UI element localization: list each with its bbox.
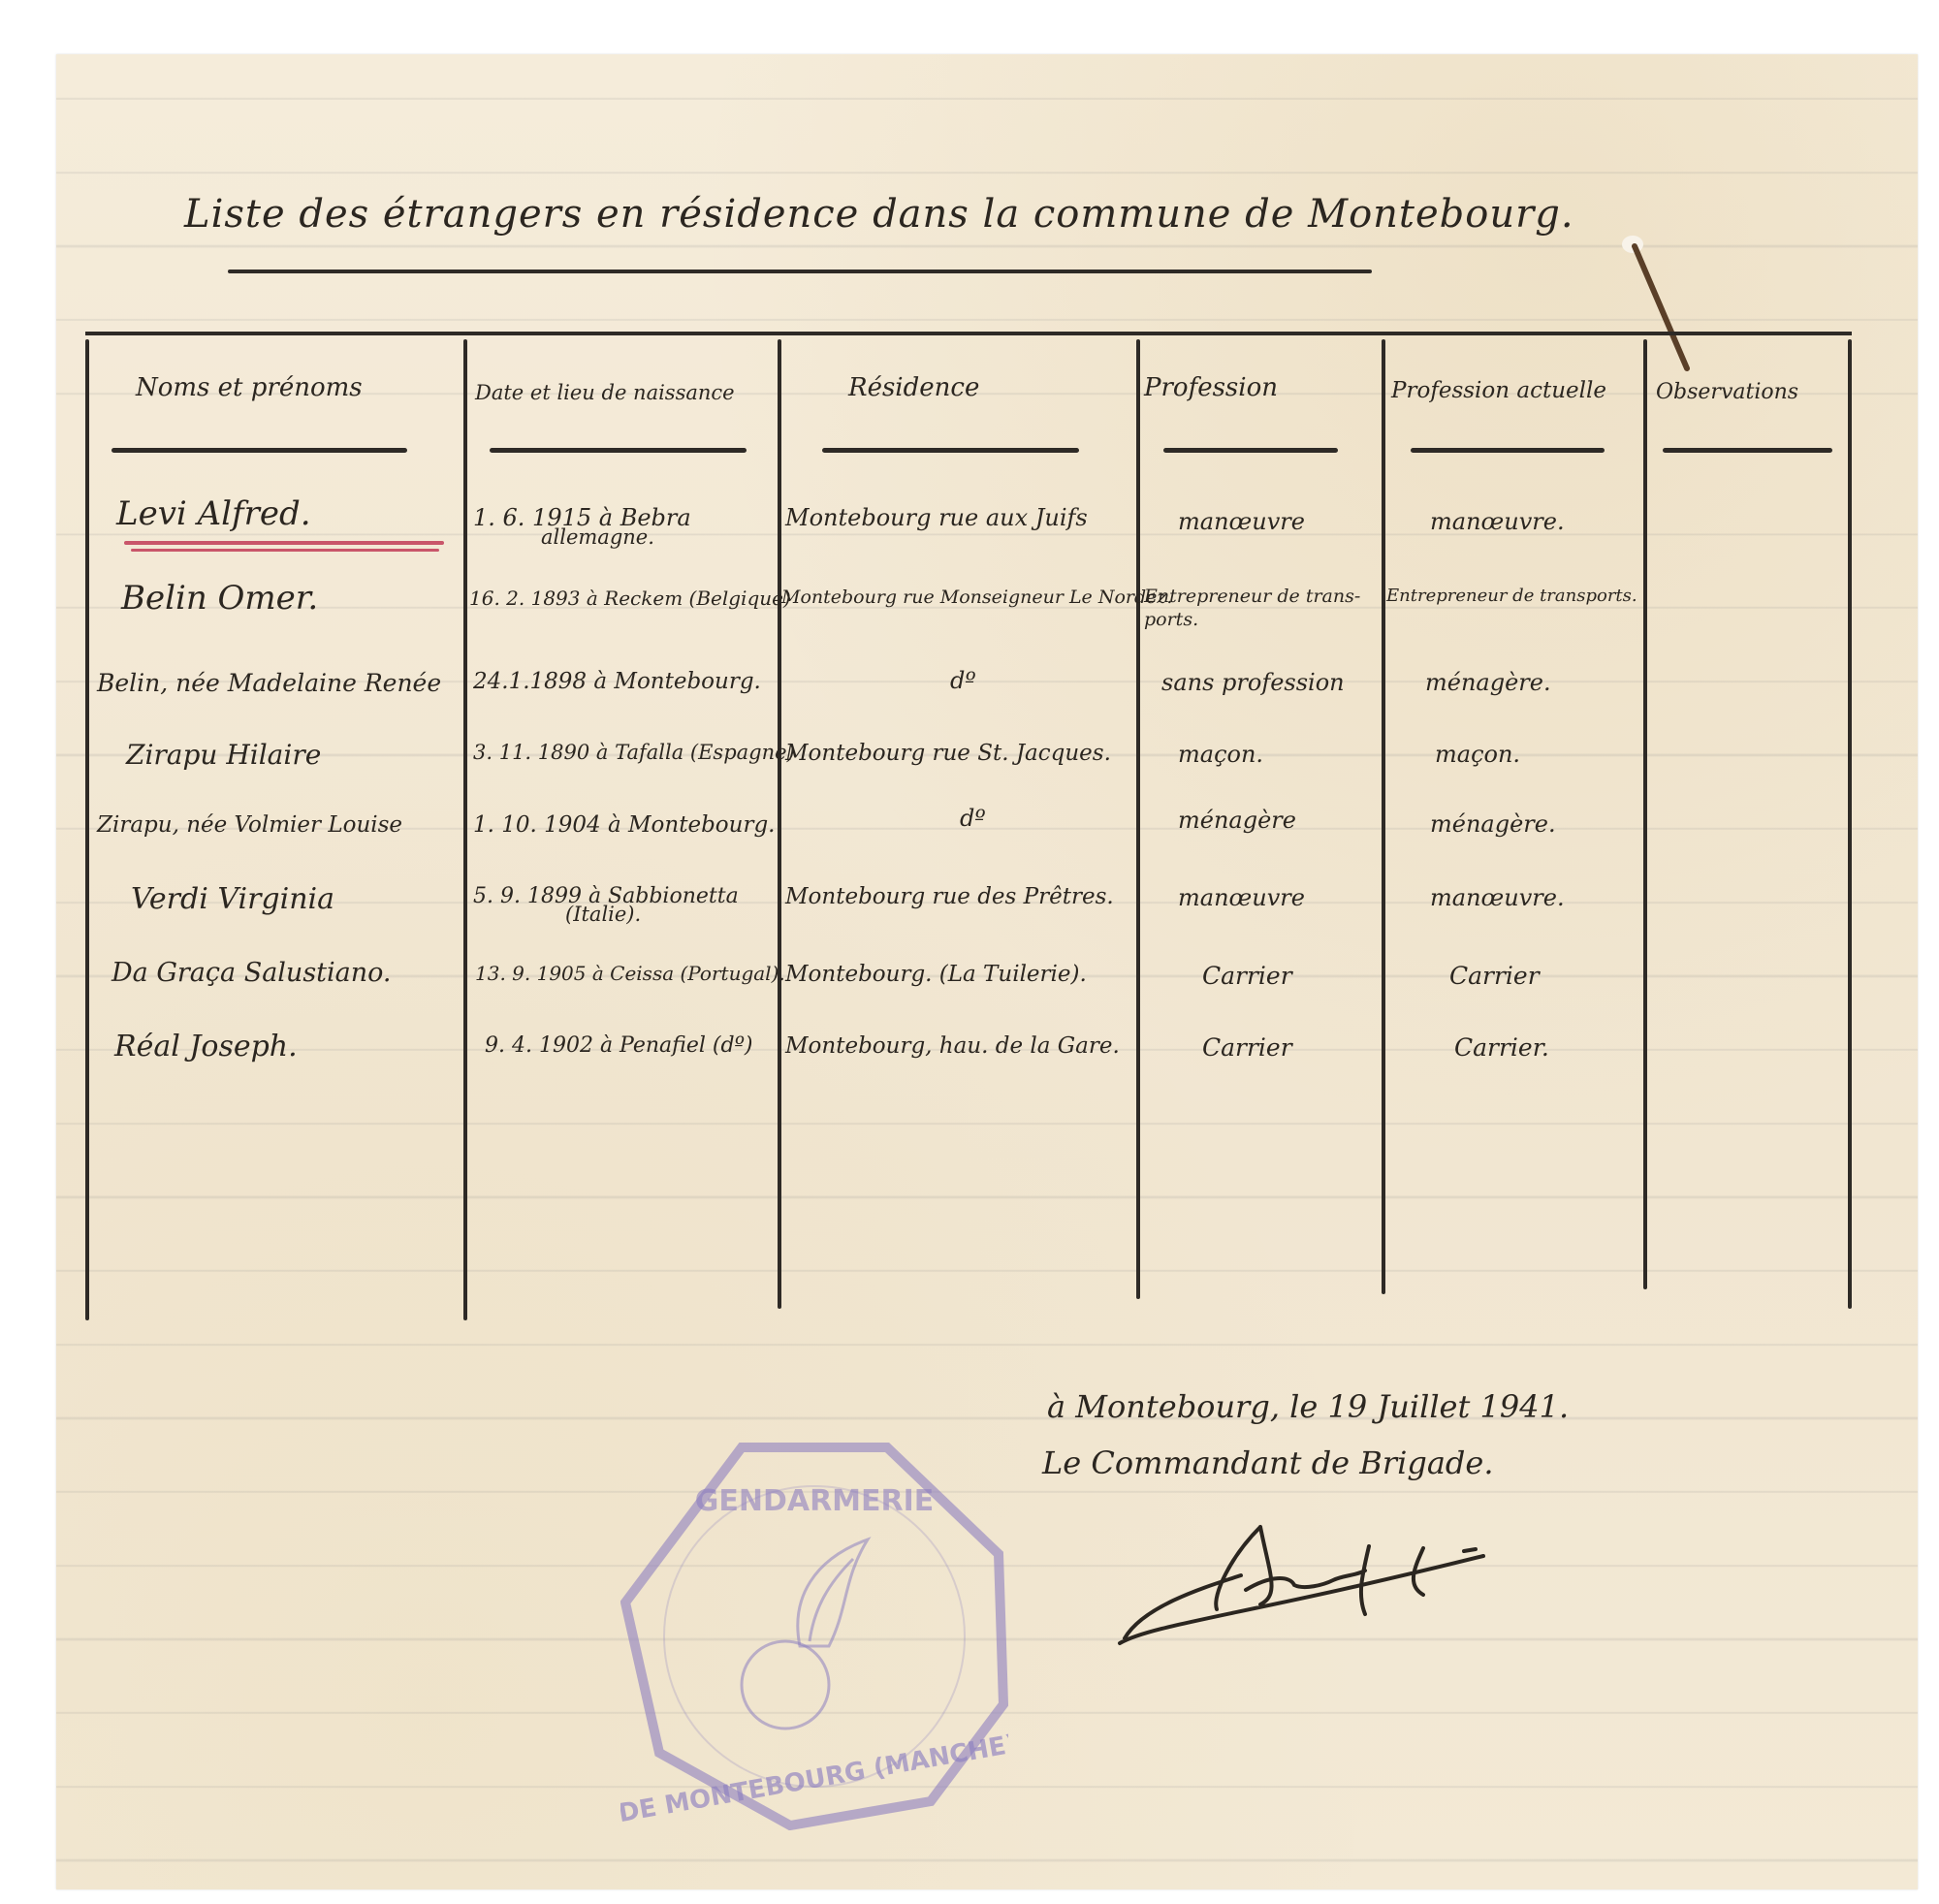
header-current-profession: Profession actuelle: [1391, 378, 1606, 403]
column-divider-3: [1136, 339, 1140, 1299]
table-row-1-residence: Montebourg rue aux Juifs: [785, 504, 1088, 531]
table-row-8-residence: Montebourg, hau. de la Gare.: [785, 1033, 1120, 1059]
place-date: à Montebourg, le 19 Juillet 1941.: [1047, 1388, 1569, 1425]
table-row-3-current-profession: ménagère.: [1425, 669, 1551, 696]
header-birth: Date et lieu de naissance: [475, 381, 735, 404]
table-row-7-name: Da Graça Salustiano.: [111, 958, 392, 988]
signatory-title: Le Commandant de Brigade.: [1042, 1444, 1493, 1481]
table-row-3-name: Belin, née Madelaine Renée: [97, 669, 441, 697]
table-row-7-birth: 13. 9. 1905 à Ceissa (Portugal).: [475, 962, 785, 985]
header-rule-birth: [490, 448, 747, 453]
table-row-5-current-profession: ménagère.: [1430, 810, 1556, 838]
table-row-5-birth: 1. 10. 1904 à Montebourg.: [473, 812, 776, 838]
table-row-1-name: Levi Alfred.: [116, 494, 311, 533]
table-row-5-residence: dº: [960, 805, 986, 832]
column-divider-1: [463, 339, 467, 1320]
header-rule-names: [111, 448, 407, 453]
stamp-top-text: GENDARMERIE: [695, 1484, 935, 1518]
header-profession: Profession: [1144, 373, 1278, 402]
table-row-6-name: Verdi Virginia: [131, 882, 334, 916]
column-divider-5: [1643, 339, 1647, 1289]
table-row-2-current-profession: Entrepreneur de transports.: [1386, 586, 1637, 606]
header-rule-current-profession: [1411, 448, 1605, 453]
table-row-1-profession: manœuvre: [1178, 508, 1305, 535]
table-row-4-birth: 3. 11. 1890 à Tafalla (Espagne): [473, 741, 795, 764]
red-underline-2: [131, 549, 439, 552]
table-row-6-residence: Montebourg rue des Prêtres.: [785, 884, 1114, 909]
red-underline-1: [124, 541, 444, 545]
header-rule-residence: [822, 448, 1079, 453]
gendarmerie-stamp: GENDARMERIE DE MONTEBOURG (MANCHE): [620, 1443, 1008, 1830]
table-row-1-birth: 1. 6. 1915 à Bebra allemagne.: [473, 504, 691, 549]
table-row-2-residence: Montebourg rue Monseigneur Le Nordez.: [781, 587, 1172, 608]
table-row-6-current-profession: manœuvre.: [1430, 884, 1565, 911]
column-divider-2: [778, 339, 781, 1309]
header-names: Noms et prénoms: [136, 373, 363, 402]
table-row-7-profession: Carrier: [1202, 962, 1292, 990]
table-row-6-profession: manœuvre: [1178, 884, 1305, 911]
table-row-8-name: Réal Joseph.: [114, 1030, 298, 1063]
table-row-7-current-profession: Carrier: [1449, 962, 1540, 990]
column-divider-4: [1382, 339, 1385, 1294]
table-row-2-profession: Entrepreneur de trans- ports.: [1144, 586, 1360, 630]
table-row-2-birth: 16. 2. 1893 à Reckem (Belgique): [469, 587, 791, 610]
table-row-2-name: Belin Omer.: [121, 579, 318, 618]
signature-icon: [1115, 1517, 1522, 1653]
table-row-4-residence: Montebourg rue St. Jacques.: [785, 741, 1111, 766]
table-row-3-birth: 24.1.1898 à Montebourg.: [473, 669, 761, 694]
header-rule-profession: [1163, 448, 1338, 453]
table-border-right: [1848, 339, 1852, 1309]
header-observations: Observations: [1656, 380, 1798, 404]
table-row-4-name: Zirapu Hilaire: [126, 739, 321, 771]
profession-note: ports.: [1144, 609, 1360, 630]
table-row-8-current-profession: Carrier.: [1454, 1033, 1549, 1062]
table-row-6-birth: 5. 9. 1899 à Sabbionetta (Italie).: [473, 884, 739, 926]
table-row-3-residence: dº: [950, 667, 976, 694]
table-row-5-profession: ménagère: [1178, 807, 1296, 834]
flaming-grenade-icon: [742, 1539, 868, 1729]
table-row-5-name: Zirapu, née Volmier Louise: [97, 812, 402, 838]
table-row-4-current-profession: maçon.: [1435, 741, 1520, 768]
table-border-left: [85, 339, 89, 1320]
table-row-8-birth: 9. 4. 1902 à Penafiel (dº): [485, 1033, 753, 1058]
table-row-3-profession: sans profession: [1161, 669, 1345, 696]
header-residence: Résidence: [848, 373, 979, 402]
table-row-8-profession: Carrier: [1202, 1033, 1292, 1062]
profession-text: Entrepreneur de trans-: [1144, 586, 1360, 607]
table-row-1-current-profession: manœuvre.: [1430, 508, 1565, 535]
table-row-4-profession: maçon.: [1178, 741, 1263, 768]
table-row-7-residence: Montebourg. (La Tuilerie).: [785, 962, 1087, 987]
title-underline: [228, 270, 1372, 273]
header-rule-observations: [1663, 448, 1832, 453]
document-title: Liste des étrangers en résidence dans la…: [184, 192, 1574, 237]
